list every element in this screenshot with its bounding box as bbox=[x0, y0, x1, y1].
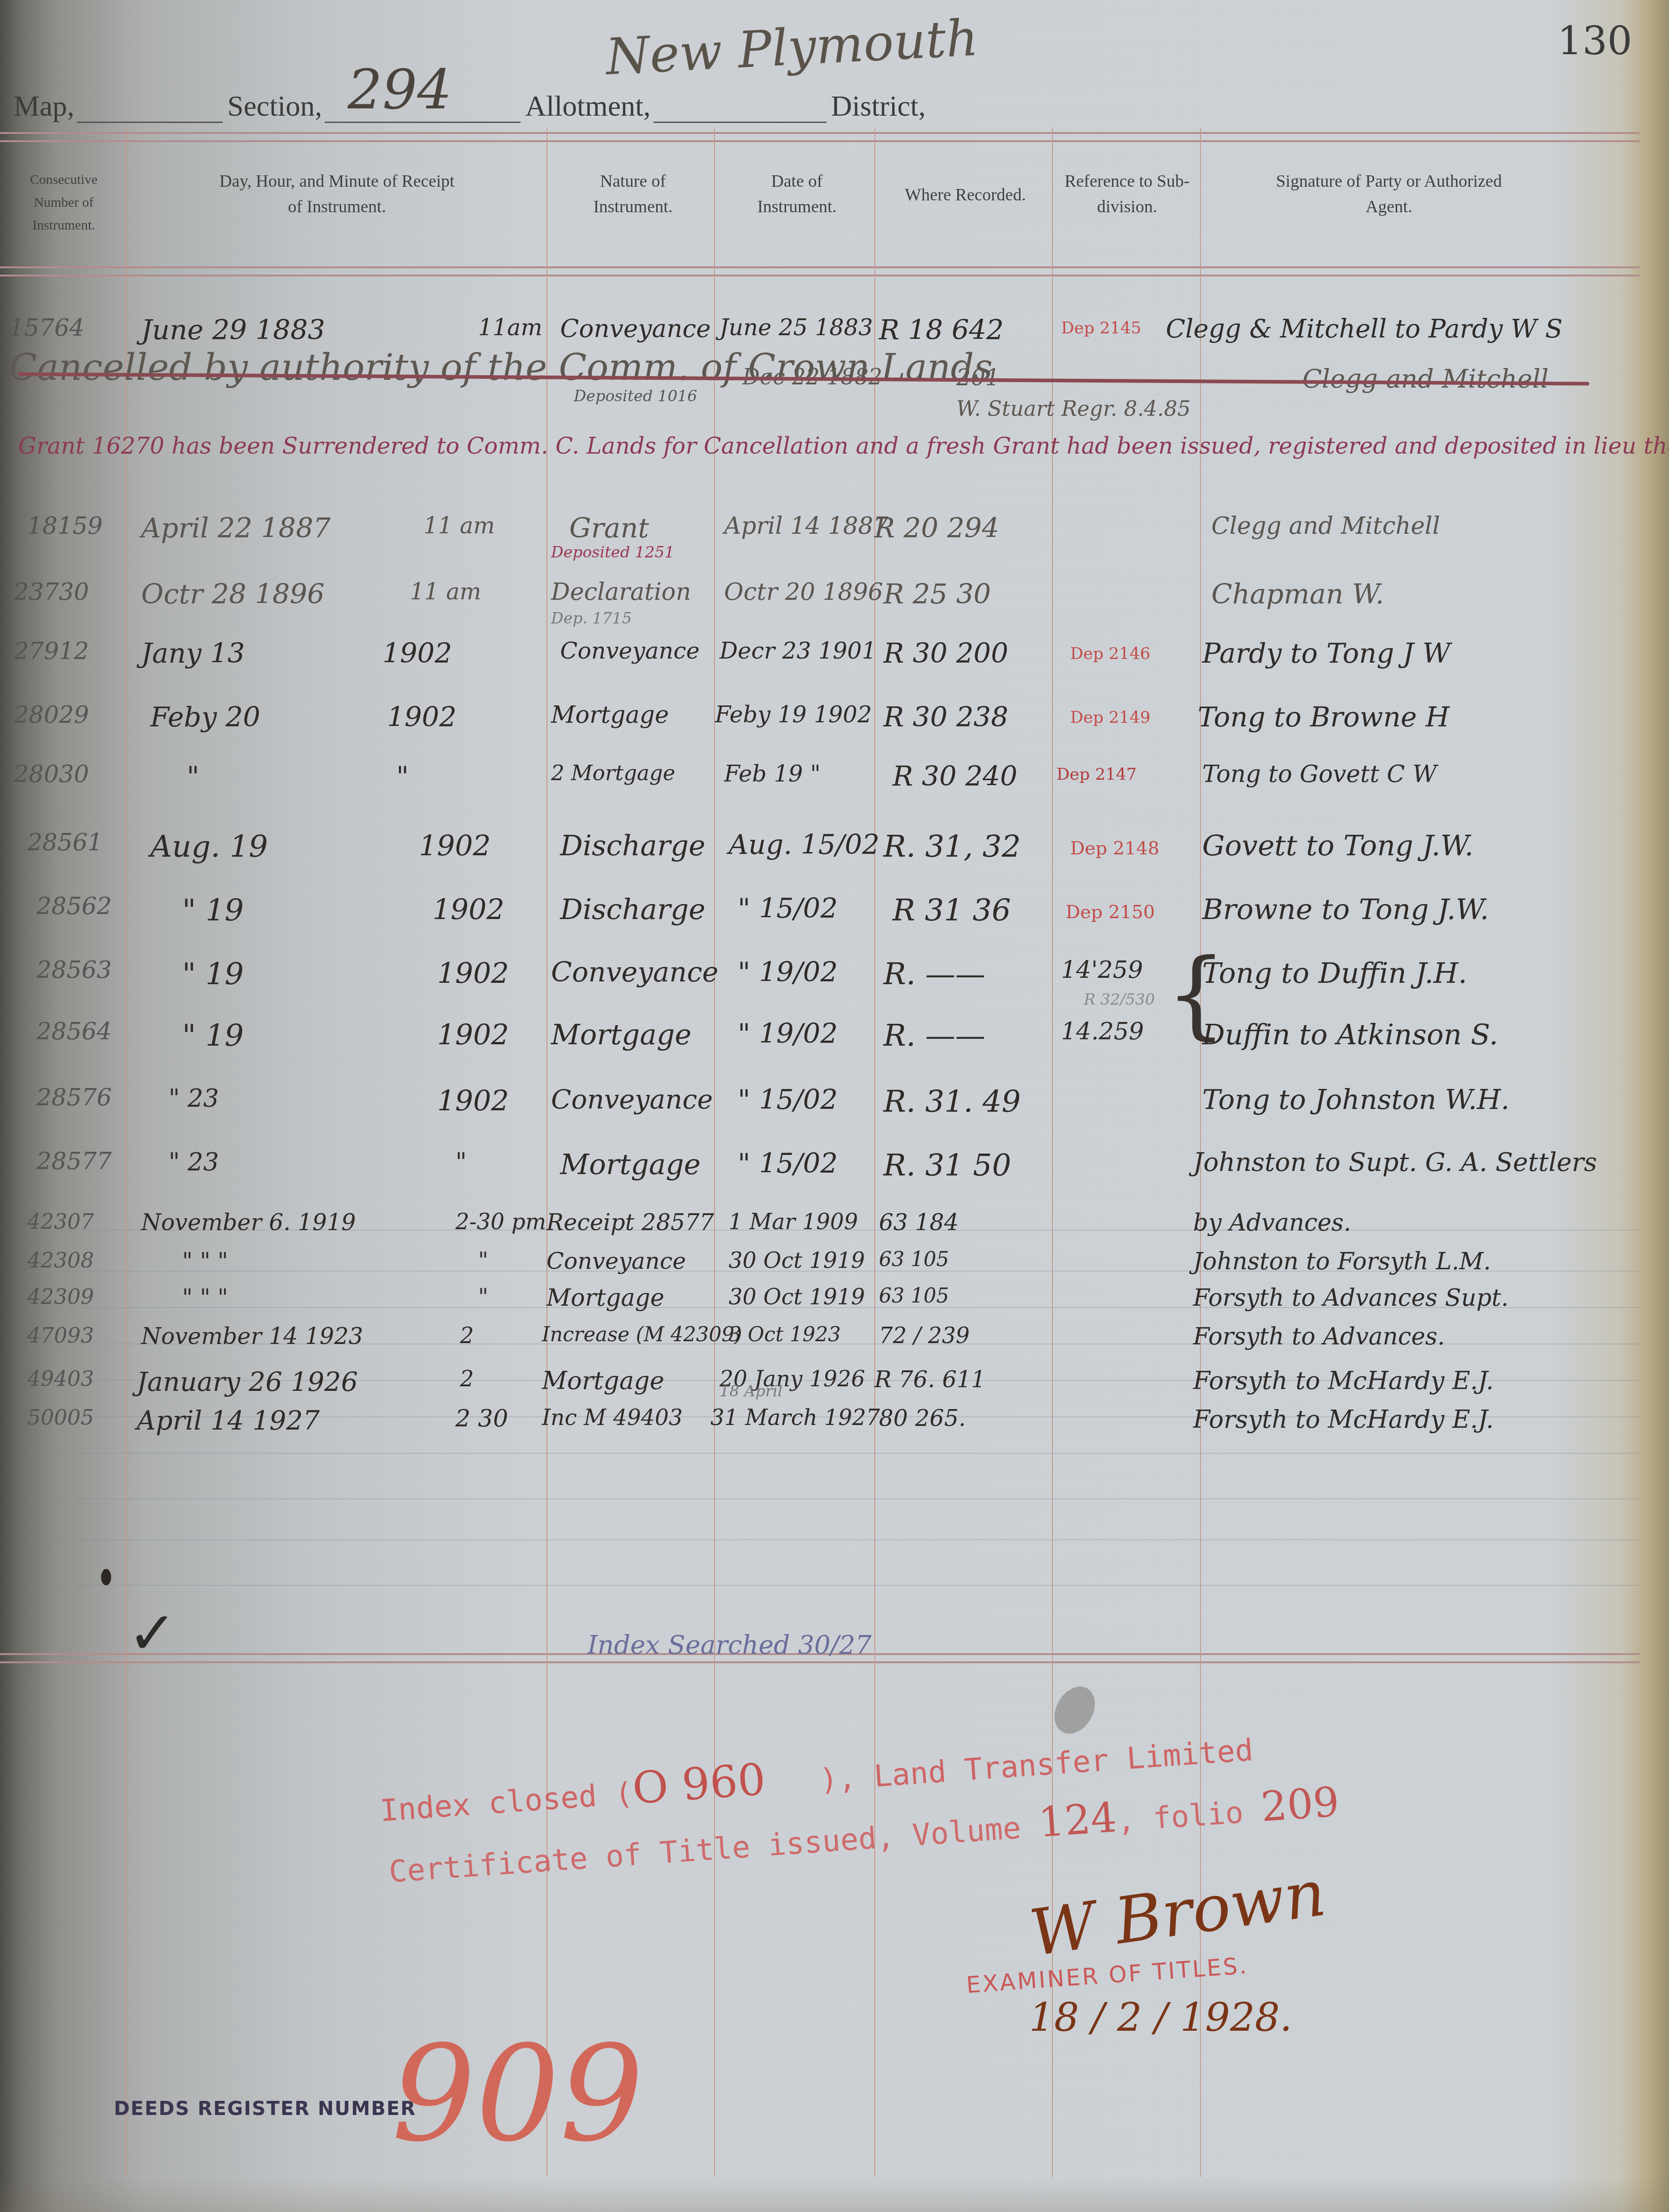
ruled-line bbox=[27, 1585, 1639, 1586]
instrument-nature: Mortgage bbox=[560, 1148, 700, 1181]
instrument-date: " 15/02 bbox=[738, 893, 838, 925]
page-number: 130 bbox=[1557, 18, 1632, 64]
where-recorded: R 30 240 bbox=[893, 761, 1017, 792]
party-signature: Browne to Tong J.W. bbox=[1202, 893, 1489, 926]
receipt-day: " 19 bbox=[182, 893, 244, 928]
column-header-reference: Reference to Sub-division. bbox=[1061, 169, 1193, 220]
district-handwritten: New Plymouth bbox=[604, 9, 980, 87]
examiner-signature: W Brown bbox=[1026, 1856, 1330, 1971]
instrument-date: June 25 1883 bbox=[720, 314, 873, 341]
district-label: District, bbox=[831, 89, 926, 123]
instrument-nature-note: Deposited 1016 bbox=[574, 387, 697, 405]
party-signature: Johnston to Forsyth L.M. bbox=[1193, 1248, 1491, 1275]
instrument-number: 28029 bbox=[14, 701, 89, 729]
receipt-time: 2 bbox=[460, 1323, 474, 1349]
party-signature: Forsyth to McHardy E.J. bbox=[1193, 1405, 1494, 1434]
party-signature: Forsyth to McHardy E.J. bbox=[1193, 1366, 1494, 1395]
party-signature: Tong to Govett C W bbox=[1202, 761, 1437, 788]
party-signature: Clegg & Mitchell to Pardy W S bbox=[1166, 314, 1562, 344]
party-signature: Tong to Duffin J.H. bbox=[1202, 956, 1467, 990]
party-signature: Govett to Tong J.W. bbox=[1202, 829, 1474, 862]
instrument-nature-note: Dep. 1715 bbox=[551, 609, 632, 628]
instrument-nature: Conveyance bbox=[560, 314, 711, 343]
subdivision-reference: 14.259 bbox=[1061, 1018, 1144, 1045]
receipt-time: 1902 bbox=[387, 701, 457, 733]
receipt-day: " " " bbox=[182, 1248, 228, 1274]
where-recorded: R 18 642 bbox=[879, 314, 1004, 346]
instrument-date: 30 Oct 1919 bbox=[729, 1284, 865, 1310]
receipt-time: 2-30 pm bbox=[455, 1209, 546, 1235]
section-field: 294 bbox=[325, 96, 521, 123]
receipt-day: Octr 28 1896 bbox=[141, 578, 325, 610]
instrument-number: 15764 bbox=[9, 314, 84, 342]
receipt-day: November 6. 1919 bbox=[141, 1209, 356, 1236]
instrument-date: " 19/02 bbox=[738, 956, 838, 988]
instrument-nature: Mortgage bbox=[551, 701, 669, 729]
table-row: 28029 Feby 20 1902 Mortgage Feby 19 1902… bbox=[0, 701, 1639, 756]
receipt-time: 1902 bbox=[437, 1018, 509, 1051]
receipt-time: " bbox=[478, 1284, 488, 1310]
surrender-note: Grant 16270 has been Surrendered to Comm… bbox=[18, 433, 1669, 459]
where-recorded: 80 265. bbox=[879, 1405, 966, 1431]
receipt-time: 11 am bbox=[424, 512, 495, 539]
subdivision-reference: Dep 2146 bbox=[1070, 644, 1150, 663]
column-header-recorded: Where Recorded. bbox=[893, 182, 1038, 208]
instrument-number: 28561 bbox=[27, 829, 102, 856]
header-bottom-rule bbox=[0, 266, 1639, 276]
instrument-number: 49403 bbox=[27, 1366, 94, 1391]
map-label: Map, bbox=[14, 89, 74, 123]
instrument-number: 28576 bbox=[36, 1084, 112, 1111]
subdivision-reference-note: R 32/530 bbox=[1084, 991, 1155, 1009]
party-signature: Forsyth to Advances Supt. bbox=[1193, 1284, 1509, 1312]
page-shadow bbox=[0, 2177, 1669, 2212]
instrument-date: Feby 19 1902 bbox=[715, 701, 872, 728]
instrument-date: Feb 19 " bbox=[724, 761, 821, 787]
instrument-nature: Grant bbox=[569, 512, 649, 544]
party-signature: Tong to Browne H bbox=[1198, 701, 1450, 733]
party-signature: Clegg and Mitchell bbox=[1302, 364, 1549, 394]
instrument-date: " 15/02 bbox=[738, 1084, 838, 1116]
where-recorded: R 25 30 bbox=[883, 578, 991, 610]
instrument-date: " 19/02 bbox=[738, 1018, 838, 1050]
subdivision-reference: 14'259 bbox=[1061, 956, 1143, 984]
table-row: 28564 " 19 1902 Mortgage " 19/02 R. —— 1… bbox=[0, 1018, 1639, 1073]
checkmark-icon: ✓ bbox=[128, 1599, 177, 1668]
receipt-day: Aug. 19 bbox=[150, 829, 268, 864]
party-signature: Chapman W. bbox=[1211, 578, 1384, 610]
header-top-rule bbox=[0, 132, 1639, 142]
receipt-time: " bbox=[455, 1148, 467, 1176]
receipt-time: 1902 bbox=[437, 1084, 509, 1117]
where-recorded: R. 31. 49 bbox=[883, 1084, 1021, 1119]
instrument-number: 42309 bbox=[27, 1284, 94, 1309]
table-row: 27912 Jany 13 1902 Conveyance Decr 23 19… bbox=[0, 638, 1639, 692]
instrument-date: " 15/02 bbox=[738, 1148, 838, 1180]
cancellation-note: W. Stuart Regr. 8.4.85 bbox=[956, 396, 1190, 421]
instrument-number: 42308 bbox=[27, 1248, 94, 1272]
instrument-date: Decr 23 1901 bbox=[720, 638, 876, 664]
table-row: 28563 " 19 1902 Conveyance " 19/02 R. ——… bbox=[0, 956, 1639, 1011]
receipt-time: 11am bbox=[478, 314, 542, 341]
where-recorded: R 30 200 bbox=[883, 638, 1008, 669]
subdivision-reference: Dep 2148 bbox=[1070, 838, 1159, 859]
where-recorded: 201 bbox=[956, 364, 1000, 391]
column-header-nature: Nature of Instrument. bbox=[565, 169, 701, 220]
party-signature: Duffin to Atkinson S. bbox=[1202, 1018, 1498, 1051]
receipt-time: 1902 bbox=[433, 893, 505, 926]
table-row: 28030 " " 2 Mortgage Feb 19 " R 30 240 D… bbox=[0, 761, 1639, 815]
where-recorded: 72 / 239 bbox=[879, 1323, 970, 1349]
certificate-folio: 209 bbox=[1260, 1778, 1341, 1831]
instrument-number: 28030 bbox=[14, 761, 89, 788]
receipt-time: " bbox=[396, 761, 409, 792]
instrument-number: 50005 bbox=[27, 1405, 94, 1430]
instrument-nature: Discharge bbox=[560, 893, 705, 926]
where-recorded: R. 31, 32 bbox=[883, 829, 1021, 864]
receipt-day: Jany 13 bbox=[141, 638, 245, 669]
party-signature: Tong to Johnston W.H. bbox=[1202, 1084, 1510, 1116]
where-recorded: 63 105 bbox=[879, 1284, 949, 1308]
instrument-nature: Mortgage bbox=[546, 1284, 664, 1312]
instrument-number: 28564 bbox=[36, 1018, 112, 1045]
index-searched-note: Index Searched 30/27 bbox=[587, 1630, 872, 1660]
instrument-date-note: 18 April bbox=[720, 1382, 782, 1400]
table-row: 28561 Aug. 19 1902 Discharge Aug. 15/02 … bbox=[0, 829, 1639, 884]
instrument-nature: Mortgage bbox=[542, 1366, 664, 1395]
where-recorded: 63 184 bbox=[879, 1209, 959, 1236]
receipt-day: " 19 bbox=[182, 956, 244, 991]
party-signature: Pardy to Tong J W bbox=[1202, 638, 1450, 669]
receipt-time: 2 bbox=[460, 1366, 474, 1392]
instrument-date: April 14 1887 bbox=[724, 512, 888, 540]
allotment-field bbox=[653, 96, 827, 123]
instrument-date: 31 March 1927 bbox=[710, 1405, 880, 1430]
where-recorded: R 31 36 bbox=[893, 893, 1011, 928]
where-recorded: R 76. 611 bbox=[874, 1366, 985, 1393]
where-recorded: R 20 294 bbox=[874, 512, 999, 544]
receipt-day: " " " bbox=[182, 1284, 228, 1311]
instrument-nature: Inc M 49403 bbox=[542, 1405, 683, 1430]
instrument-number: 28577 bbox=[36, 1148, 112, 1175]
receipt-day: April 22 1887 bbox=[141, 512, 331, 544]
receipt-time: " bbox=[478, 1248, 488, 1273]
where-recorded: R. —— bbox=[883, 956, 985, 991]
instrument-number: 23730 bbox=[14, 578, 89, 606]
instrument-date: 30 Oct 1919 bbox=[729, 1248, 865, 1273]
instrument-date: Octr 20 1896 bbox=[724, 578, 883, 606]
ink-blot bbox=[101, 1569, 111, 1585]
column-header-received: Day, Hour, and Minute of Receipt of Inst… bbox=[219, 169, 455, 220]
receipt-time: 11 am bbox=[410, 578, 481, 605]
examiner-date: 18 / 2 / 1928. bbox=[1029, 1995, 1292, 2040]
receipt-time: 2 30 bbox=[455, 1405, 508, 1432]
map-field bbox=[77, 96, 223, 123]
table-row: 23730 Octr 28 1896 11 am Declaration Dep… bbox=[0, 578, 1639, 633]
instrument-number: 42307 bbox=[27, 1209, 94, 1234]
subdivision-reference: Dep 2150 bbox=[1066, 902, 1155, 923]
instrument-nature: Discharge bbox=[560, 829, 705, 862]
deeds-register-number: 909 bbox=[392, 2018, 644, 2171]
table-row: 28562 " 19 1902 Discharge " 15/02 R 31 3… bbox=[0, 893, 1639, 947]
column-header-date: Date of Instrument. bbox=[733, 169, 861, 220]
receipt-day: June 29 1883 bbox=[141, 314, 325, 346]
allotment-label: Allotment, bbox=[525, 89, 651, 123]
receipt-day: Feby 20 bbox=[150, 701, 260, 733]
table-row: 50005 April 14 1927 2 30 Inc M 49403 31 … bbox=[0, 1405, 1639, 1460]
ruled-line bbox=[27, 1498, 1639, 1499]
receipt-time: 1902 bbox=[437, 956, 509, 990]
where-recorded: R 30 238 bbox=[883, 701, 1008, 733]
ledger-page: 130 New Plymouth Map, Section, 294 Allot… bbox=[0, 0, 1669, 2212]
where-recorded: R. —— bbox=[883, 1018, 985, 1053]
instrument-nature: Conveyance bbox=[551, 956, 719, 988]
receipt-time: 1902 bbox=[383, 638, 452, 669]
table-row-cancelled: Deposited 1016 Dec 22 1882 201 Clegg and… bbox=[0, 364, 1639, 419]
table-row: 28576 " 23 1902 Conveyance " 15/02 R. 31… bbox=[0, 1084, 1639, 1139]
receipt-day: " bbox=[187, 761, 199, 792]
column-header-number: Consecutive Number of Instrument. bbox=[9, 169, 118, 237]
table-row: 28577 " 23 " Mortgage " 15/02 R. 31 50 J… bbox=[0, 1148, 1639, 1202]
subdivision-reference: Dep 2145 bbox=[1061, 319, 1141, 337]
deeds-register-stamp: DEEDS REGISTER NUMBER bbox=[114, 2097, 416, 2120]
column-header-signature: Signature of Party or Authorized Agent. bbox=[1275, 169, 1503, 220]
ruled-line bbox=[27, 1539, 1639, 1540]
receipt-day: April 14 1927 bbox=[137, 1405, 320, 1436]
party-signature: Johnston to Supt. G. A. Settlers bbox=[1193, 1148, 1597, 1177]
instrument-date: Aug. 15/02 bbox=[729, 829, 879, 861]
instrument-number: 27912 bbox=[14, 638, 89, 665]
table-row: 18159 April 22 1887 11 am Grant Deposite… bbox=[0, 512, 1639, 567]
receipt-day: January 26 1926 bbox=[137, 1366, 358, 1397]
subdivision-reference: Dep 2149 bbox=[1070, 708, 1150, 727]
instrument-nature: Conveyance bbox=[546, 1248, 686, 1274]
instrument-nature: Conveyance bbox=[551, 1084, 713, 1115]
instrument-number: 18159 bbox=[27, 512, 102, 540]
instrument-nature: Receipt 28577 bbox=[546, 1209, 714, 1236]
receipt-day: " 23 bbox=[168, 1084, 219, 1113]
instrument-nature: Mortgage bbox=[551, 1018, 691, 1051]
index-closed-number: O 960 bbox=[631, 1754, 767, 1814]
instrument-nature: 2 Mortgage bbox=[551, 761, 675, 785]
instrument-nature: Declaration bbox=[551, 578, 691, 606]
party-signature: Clegg and Mitchell bbox=[1211, 512, 1440, 540]
receipt-day: " 19 bbox=[182, 1018, 244, 1053]
instrument-number: 28562 bbox=[36, 893, 112, 920]
receipt-day: " 23 bbox=[168, 1148, 219, 1176]
subdivision-reference: Dep 2147 bbox=[1057, 765, 1137, 784]
section-value: 294 bbox=[347, 58, 452, 122]
party-signature: Forsyth to Advances. bbox=[1193, 1323, 1445, 1350]
instrument-number: 28563 bbox=[36, 956, 112, 984]
instrument-date: 3 Oct 1923 bbox=[729, 1323, 841, 1346]
certificate-volume: 124 bbox=[1037, 1793, 1118, 1847]
section-label: Section, bbox=[227, 89, 322, 123]
instrument-nature: Increase (M 42309) bbox=[542, 1323, 742, 1346]
header-fields: Map, Section, 294 Allotment, District, bbox=[14, 77, 929, 123]
instrument-nature-note: Deposited 1251 bbox=[551, 543, 674, 562]
where-recorded: R. 31 50 bbox=[883, 1148, 1011, 1183]
receipt-day: November 14 1923 bbox=[141, 1323, 363, 1349]
party-signature: by Advances. bbox=[1193, 1209, 1351, 1236]
receipt-time: 1902 bbox=[419, 829, 491, 862]
where-recorded: 63 105 bbox=[879, 1248, 949, 1271]
instrument-date: 1 Mar 1909 bbox=[729, 1209, 858, 1235]
instrument-nature: Conveyance bbox=[560, 638, 699, 664]
instrument-number: 47093 bbox=[27, 1323, 94, 1348]
